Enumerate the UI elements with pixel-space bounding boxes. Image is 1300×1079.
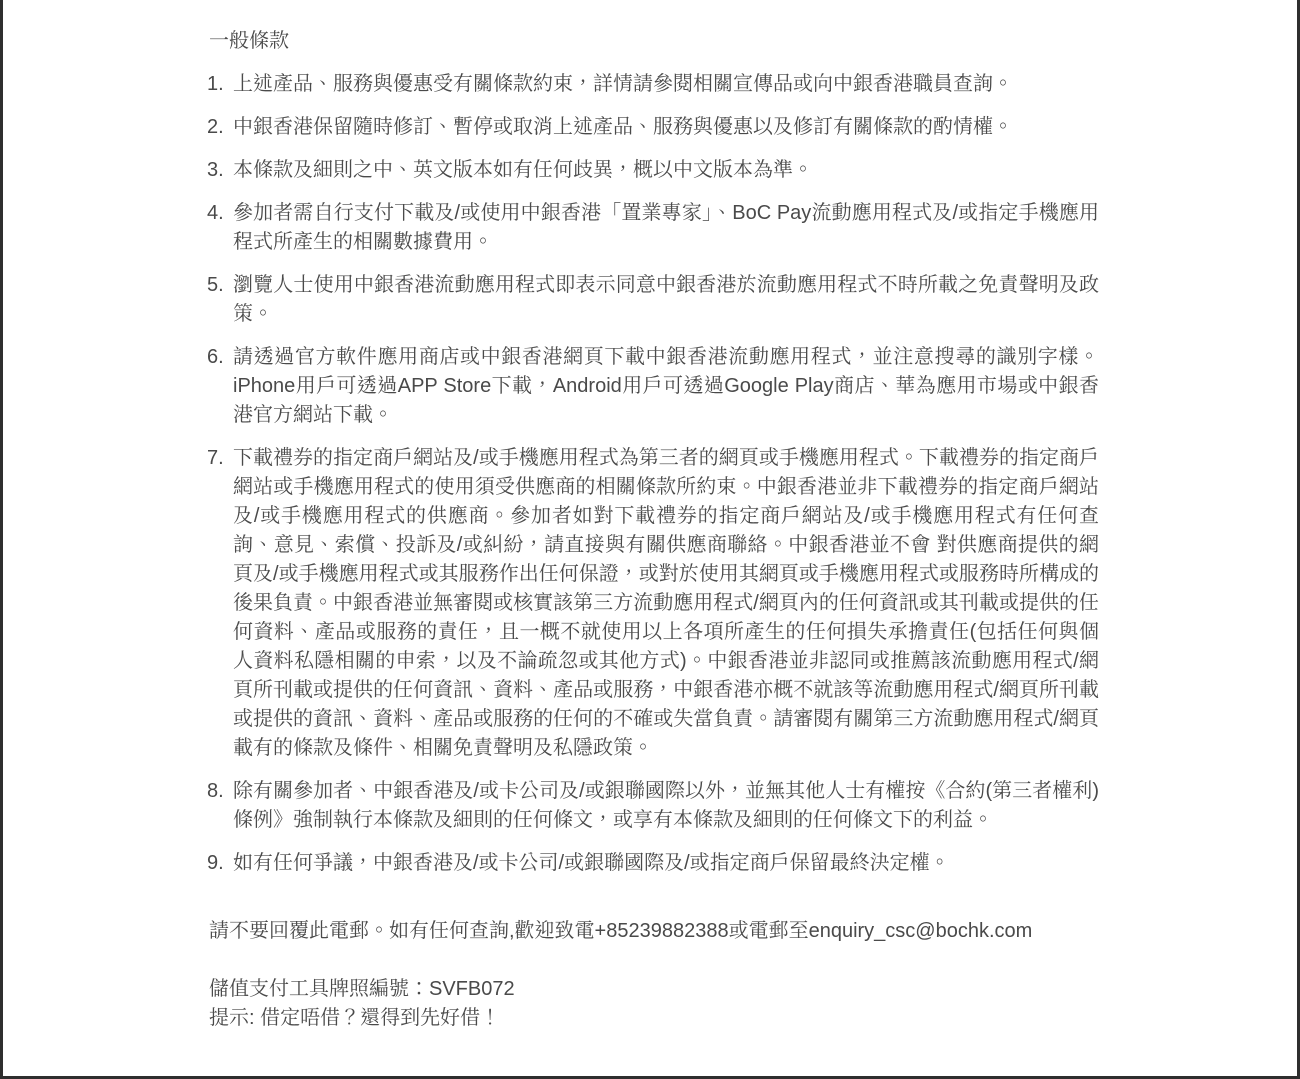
term-text: 下載禮券的指定商戶網站及/或手機應用程式為第三者的網頁或手機應用程式。下載禮券的… bbox=[233, 444, 1099, 763]
term-number: 6. bbox=[207, 343, 233, 430]
term-item-5: 5. 瀏覽人士使用中銀香港流動應用程式即表示同意中銀香港於流動應用程式不時所載之… bbox=[207, 271, 1099, 329]
term-number: 5. bbox=[207, 271, 233, 329]
contact-note: 請不要回覆此電郵。如有任何查詢,歡迎致電+85239882388或電郵至enqu… bbox=[209, 917, 1099, 946]
term-text: 參加者需自行支付下載及/或使用中銀香港「置業專家」、BoC Pay流動應用程式及… bbox=[233, 199, 1099, 257]
term-text: 如有任何爭議，中銀香港及/或卡公司/或銀聯國際及/或指定商戶保留最終決定權。 bbox=[233, 849, 1099, 878]
term-item-9: 9. 如有任何爭議，中銀香港及/或卡公司/或銀聯國際及/或指定商戶保留最終決定權… bbox=[207, 849, 1099, 878]
terms-list: 1. 上述產品、服務與優惠受有關條款約束，詳情請參閱相關宣傳品或向中銀香港職員查… bbox=[207, 70, 1099, 878]
term-number: 9. bbox=[207, 849, 233, 878]
reminder-tip: 提示: 借定唔借？還得到先好借！ bbox=[209, 1004, 1099, 1033]
term-text: 瀏覽人士使用中銀香港流動應用程式即表示同意中銀香港於流動應用程式不時所載之免責聲… bbox=[233, 271, 1099, 329]
term-number: 3. bbox=[207, 156, 233, 185]
term-item-1: 1. 上述產品、服務與優惠受有關條款約束，詳情請參閱相關宣傳品或向中銀香港職員查… bbox=[207, 70, 1099, 99]
term-item-2: 2. 中銀香港保留隨時修訂、暫停或取消上述產品、服務與優惠以及修訂有關條款的酌情… bbox=[207, 113, 1099, 142]
term-item-7: 7. 下載禮券的指定商戶網站及/或手機應用程式為第三者的網頁或手機應用程式。下載… bbox=[207, 444, 1099, 763]
term-number: 2. bbox=[207, 113, 233, 142]
terms-heading: 一般條款 bbox=[209, 27, 1099, 56]
term-item-4: 4. 參加者需自行支付下載及/或使用中銀香港「置業專家」、BoC Pay流動應用… bbox=[207, 199, 1099, 257]
term-text: 除有關參加者、中銀香港及/或卡公司及/或銀聯國際以外，並無其他人士有權按《合約(… bbox=[233, 777, 1099, 835]
term-text: 上述產品、服務與優惠受有關條款約束，詳情請參閱相關宣傳品或向中銀香港職員查詢。 bbox=[233, 70, 1099, 99]
term-number: 1. bbox=[207, 70, 233, 99]
term-item-3: 3. 本條款及細則之中、英文版本如有任何歧異，概以中文版本為準。 bbox=[207, 156, 1099, 185]
license-number: 儲值支付工具牌照編號：SVFB072 bbox=[209, 975, 1099, 1004]
term-number: 8. bbox=[207, 777, 233, 835]
term-number: 4. bbox=[207, 199, 233, 257]
term-text: 本條款及細則之中、英文版本如有任何歧異，概以中文版本為準。 bbox=[233, 156, 1099, 185]
document-page: 一般條款 1. 上述產品、服務與優惠受有關條款約束，詳情請參閱相關宣傳品或向中銀… bbox=[0, 0, 1300, 1079]
term-number: 7. bbox=[207, 444, 233, 763]
term-text: 中銀香港保留隨時修訂、暫停或取消上述產品、服務與優惠以及修訂有關條款的酌情權。 bbox=[233, 113, 1099, 142]
terms-content: 一般條款 1. 上述產品、服務與優惠受有關條款約束，詳情請參閱相關宣傳品或向中銀… bbox=[207, 27, 1099, 1033]
term-item-8: 8. 除有關參加者、中銀香港及/或卡公司及/或銀聯國際以外，並無其他人士有權按《… bbox=[207, 777, 1099, 835]
term-text: 請透過官方軟件應用商店或中銀香港網頁下載中銀香港流動應用程式，並注意搜尋的識別字… bbox=[233, 343, 1099, 430]
term-item-6: 6. 請透過官方軟件應用商店或中銀香港網頁下載中銀香港流動應用程式，並注意搜尋的… bbox=[207, 343, 1099, 430]
